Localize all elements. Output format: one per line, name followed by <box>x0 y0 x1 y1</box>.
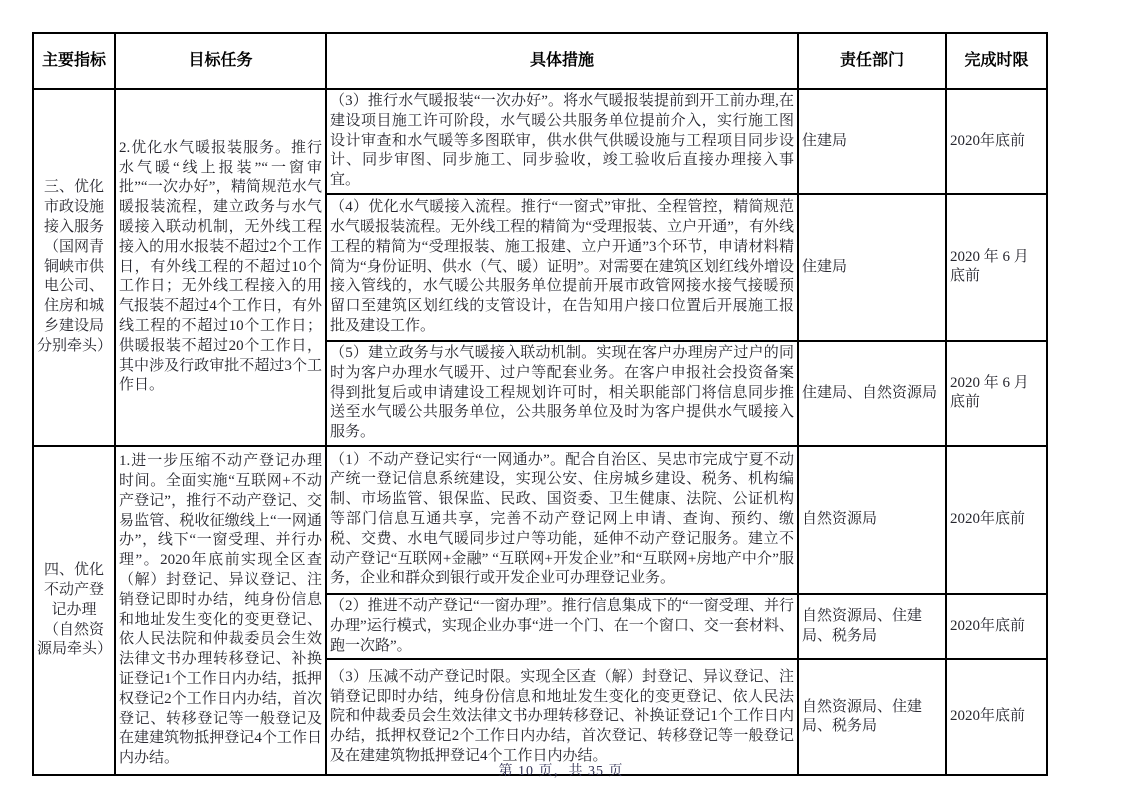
measure-cell: （1）不动产登记实行“一网通办”。配合自治区、吴忠市完成宁夏不动产统一登记信息系… <box>326 446 798 594</box>
table-row: 四、优化不动产登记办理（自然资源局牵头） 1.进一步压缩不动产登记办理时间。全面… <box>33 446 1047 594</box>
department-cell: 住建局 <box>798 194 946 341</box>
department-cell: 自然资源局、住建局、税务局 <box>798 594 946 659</box>
column-header-main-indicator: 主要指标 <box>33 33 115 89</box>
department-cell: 住建局 <box>798 89 946 194</box>
deadline-cell: 2020年底前 <box>946 446 1047 594</box>
task-cell-group3: 2.优化水气暖报装服务。推行水气暖“线上报装”“一窗审批”“一次办好”，精简规范… <box>115 89 326 446</box>
table-header-row: 主要指标 目标任务 具体措施 责任部门 完成时限 <box>33 33 1047 89</box>
deadline-cell: 2020 年 6 月底前 <box>946 341 1047 446</box>
column-header-responsible-department: 责任部门 <box>798 33 946 89</box>
work-plan-table: 主要指标 目标任务 具体措施 责任部门 完成时限 三、优化市政设施接入服务（国网… <box>32 32 1048 776</box>
column-header-target-task: 目标任务 <box>115 33 326 89</box>
deadline-cell: 2020年底前 <box>946 594 1047 659</box>
indicator-cell-group4: 四、优化不动产登记办理（自然资源局牵头） <box>33 446 115 775</box>
measure-cell: （5）建立政务与水气暖接入联动机制。实现在客户办理房产过户的同时为客户办理水气暖… <box>326 341 798 446</box>
measure-cell: （3）推行水气暖报装“一次办好”。将水气暖报装提前到开工前办理,在建设项目施工许… <box>326 89 798 194</box>
document-page: 主要指标 目标任务 具体措施 责任部门 完成时限 三、优化市政设施接入服务（国网… <box>0 0 1122 793</box>
deadline-cell: 2020年底前 <box>946 659 1047 775</box>
measure-cell: （2）推进不动产登记“一窗办理”。推行信息集成下的“一窗受理、并行办理”运行模式… <box>326 594 798 659</box>
department-cell: 住建局、自然资源局 <box>798 341 946 446</box>
measure-cell: （3）压减不动产登记时限。实现全区查（解）封登记、异议登记、注销登记即时办结，纯… <box>326 659 798 775</box>
column-header-specific-measures: 具体措施 <box>326 33 798 89</box>
department-cell: 自然资源局、住建局、税务局 <box>798 659 946 775</box>
column-header-completion-deadline: 完成时限 <box>946 33 1047 89</box>
page-number-footer: 第 10 页，共 35 页 <box>0 760 1122 780</box>
measure-cell: （4）优化水气暖接入流程。推行“一窗式”审批、全程管控，精简规范水气暖报装流程。… <box>326 194 798 341</box>
table-row: 三、优化市政设施接入服务（国网青铜峡市供电公司、住房和城乡建设局分别牵头） 2.… <box>33 89 1047 194</box>
deadline-cell: 2020年底前 <box>946 89 1047 194</box>
deadline-cell: 2020 年 6 月底前 <box>946 194 1047 341</box>
indicator-cell-group3: 三、优化市政设施接入服务（国网青铜峡市供电公司、住房和城乡建设局分别牵头） <box>33 89 115 446</box>
department-cell: 自然资源局 <box>798 446 946 594</box>
task-cell-group4: 1.进一步压缩不动产登记办理时间。全面实施“互联网+不动产登记”，推行不动产登记… <box>115 446 326 775</box>
